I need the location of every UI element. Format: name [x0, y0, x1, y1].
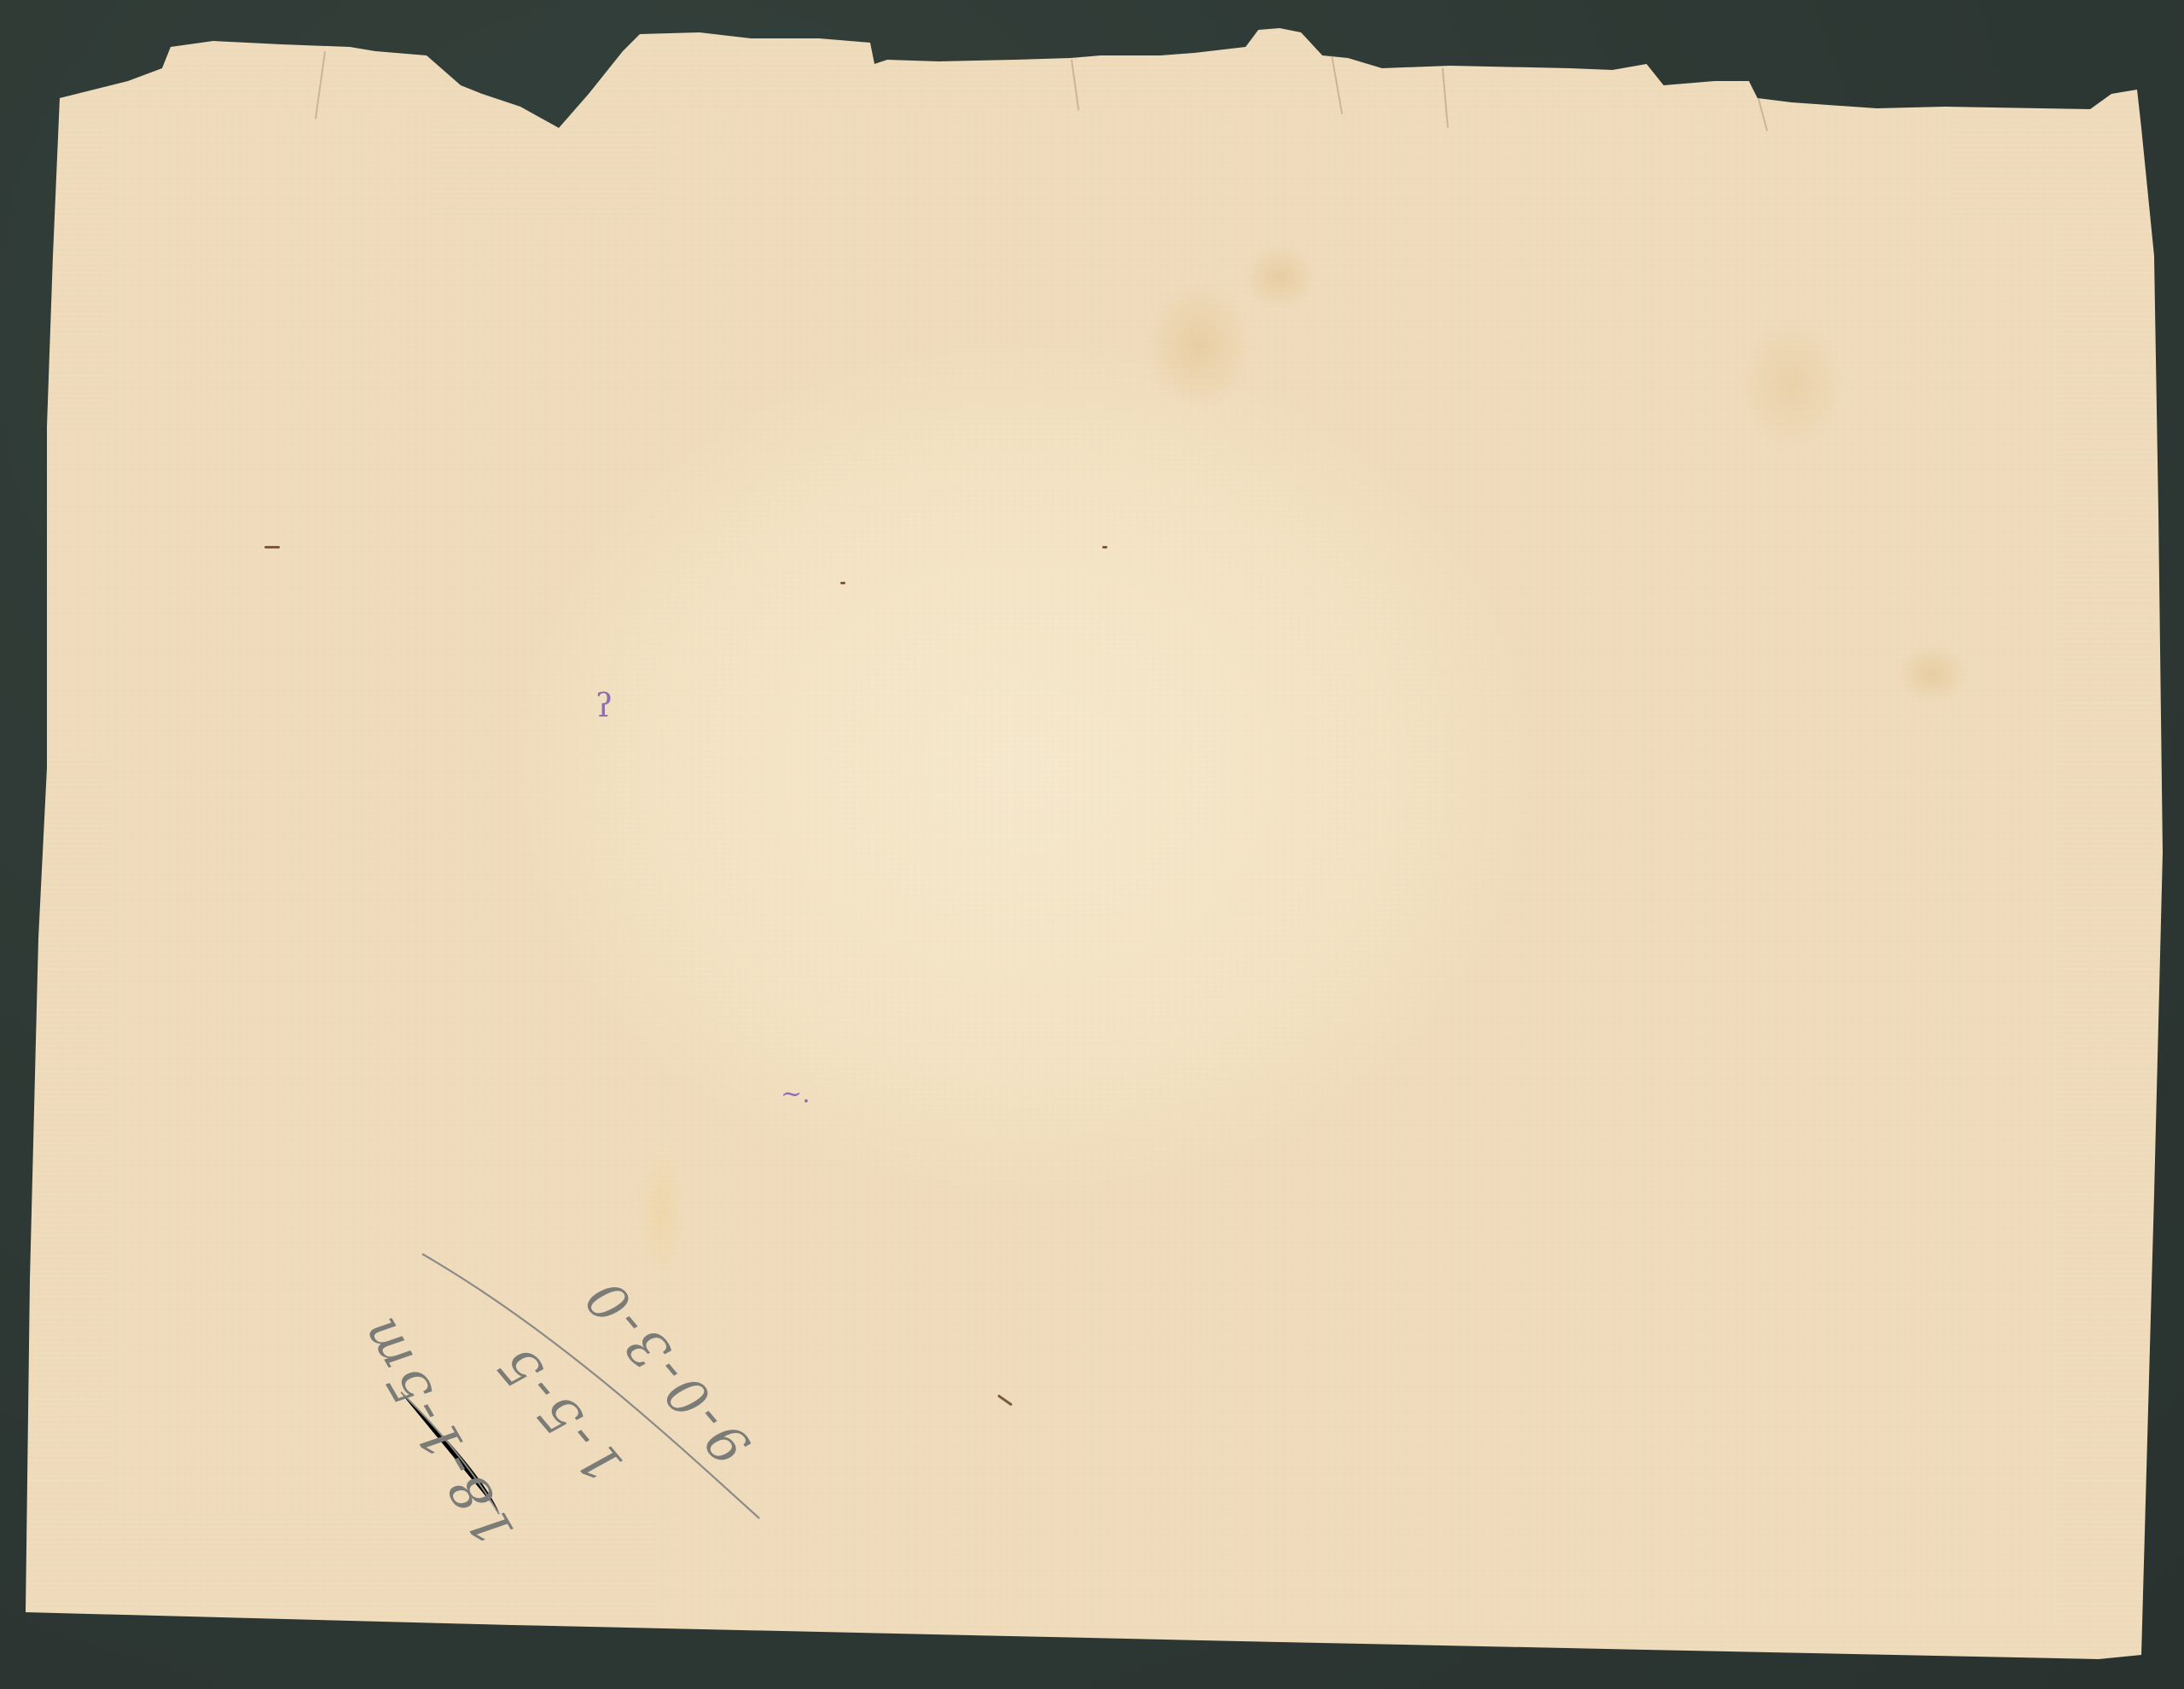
dirt-speck — [840, 582, 845, 584]
dirt-speck — [264, 546, 280, 548]
dirt-speck — [1102, 546, 1107, 548]
paper-sheet — [0, 0, 2184, 1689]
paper-texture — [0, 0, 2184, 1689]
violet-ink-mark: ~. — [781, 1079, 810, 1109]
violet-ink-mark: ʔ — [595, 687, 613, 724]
